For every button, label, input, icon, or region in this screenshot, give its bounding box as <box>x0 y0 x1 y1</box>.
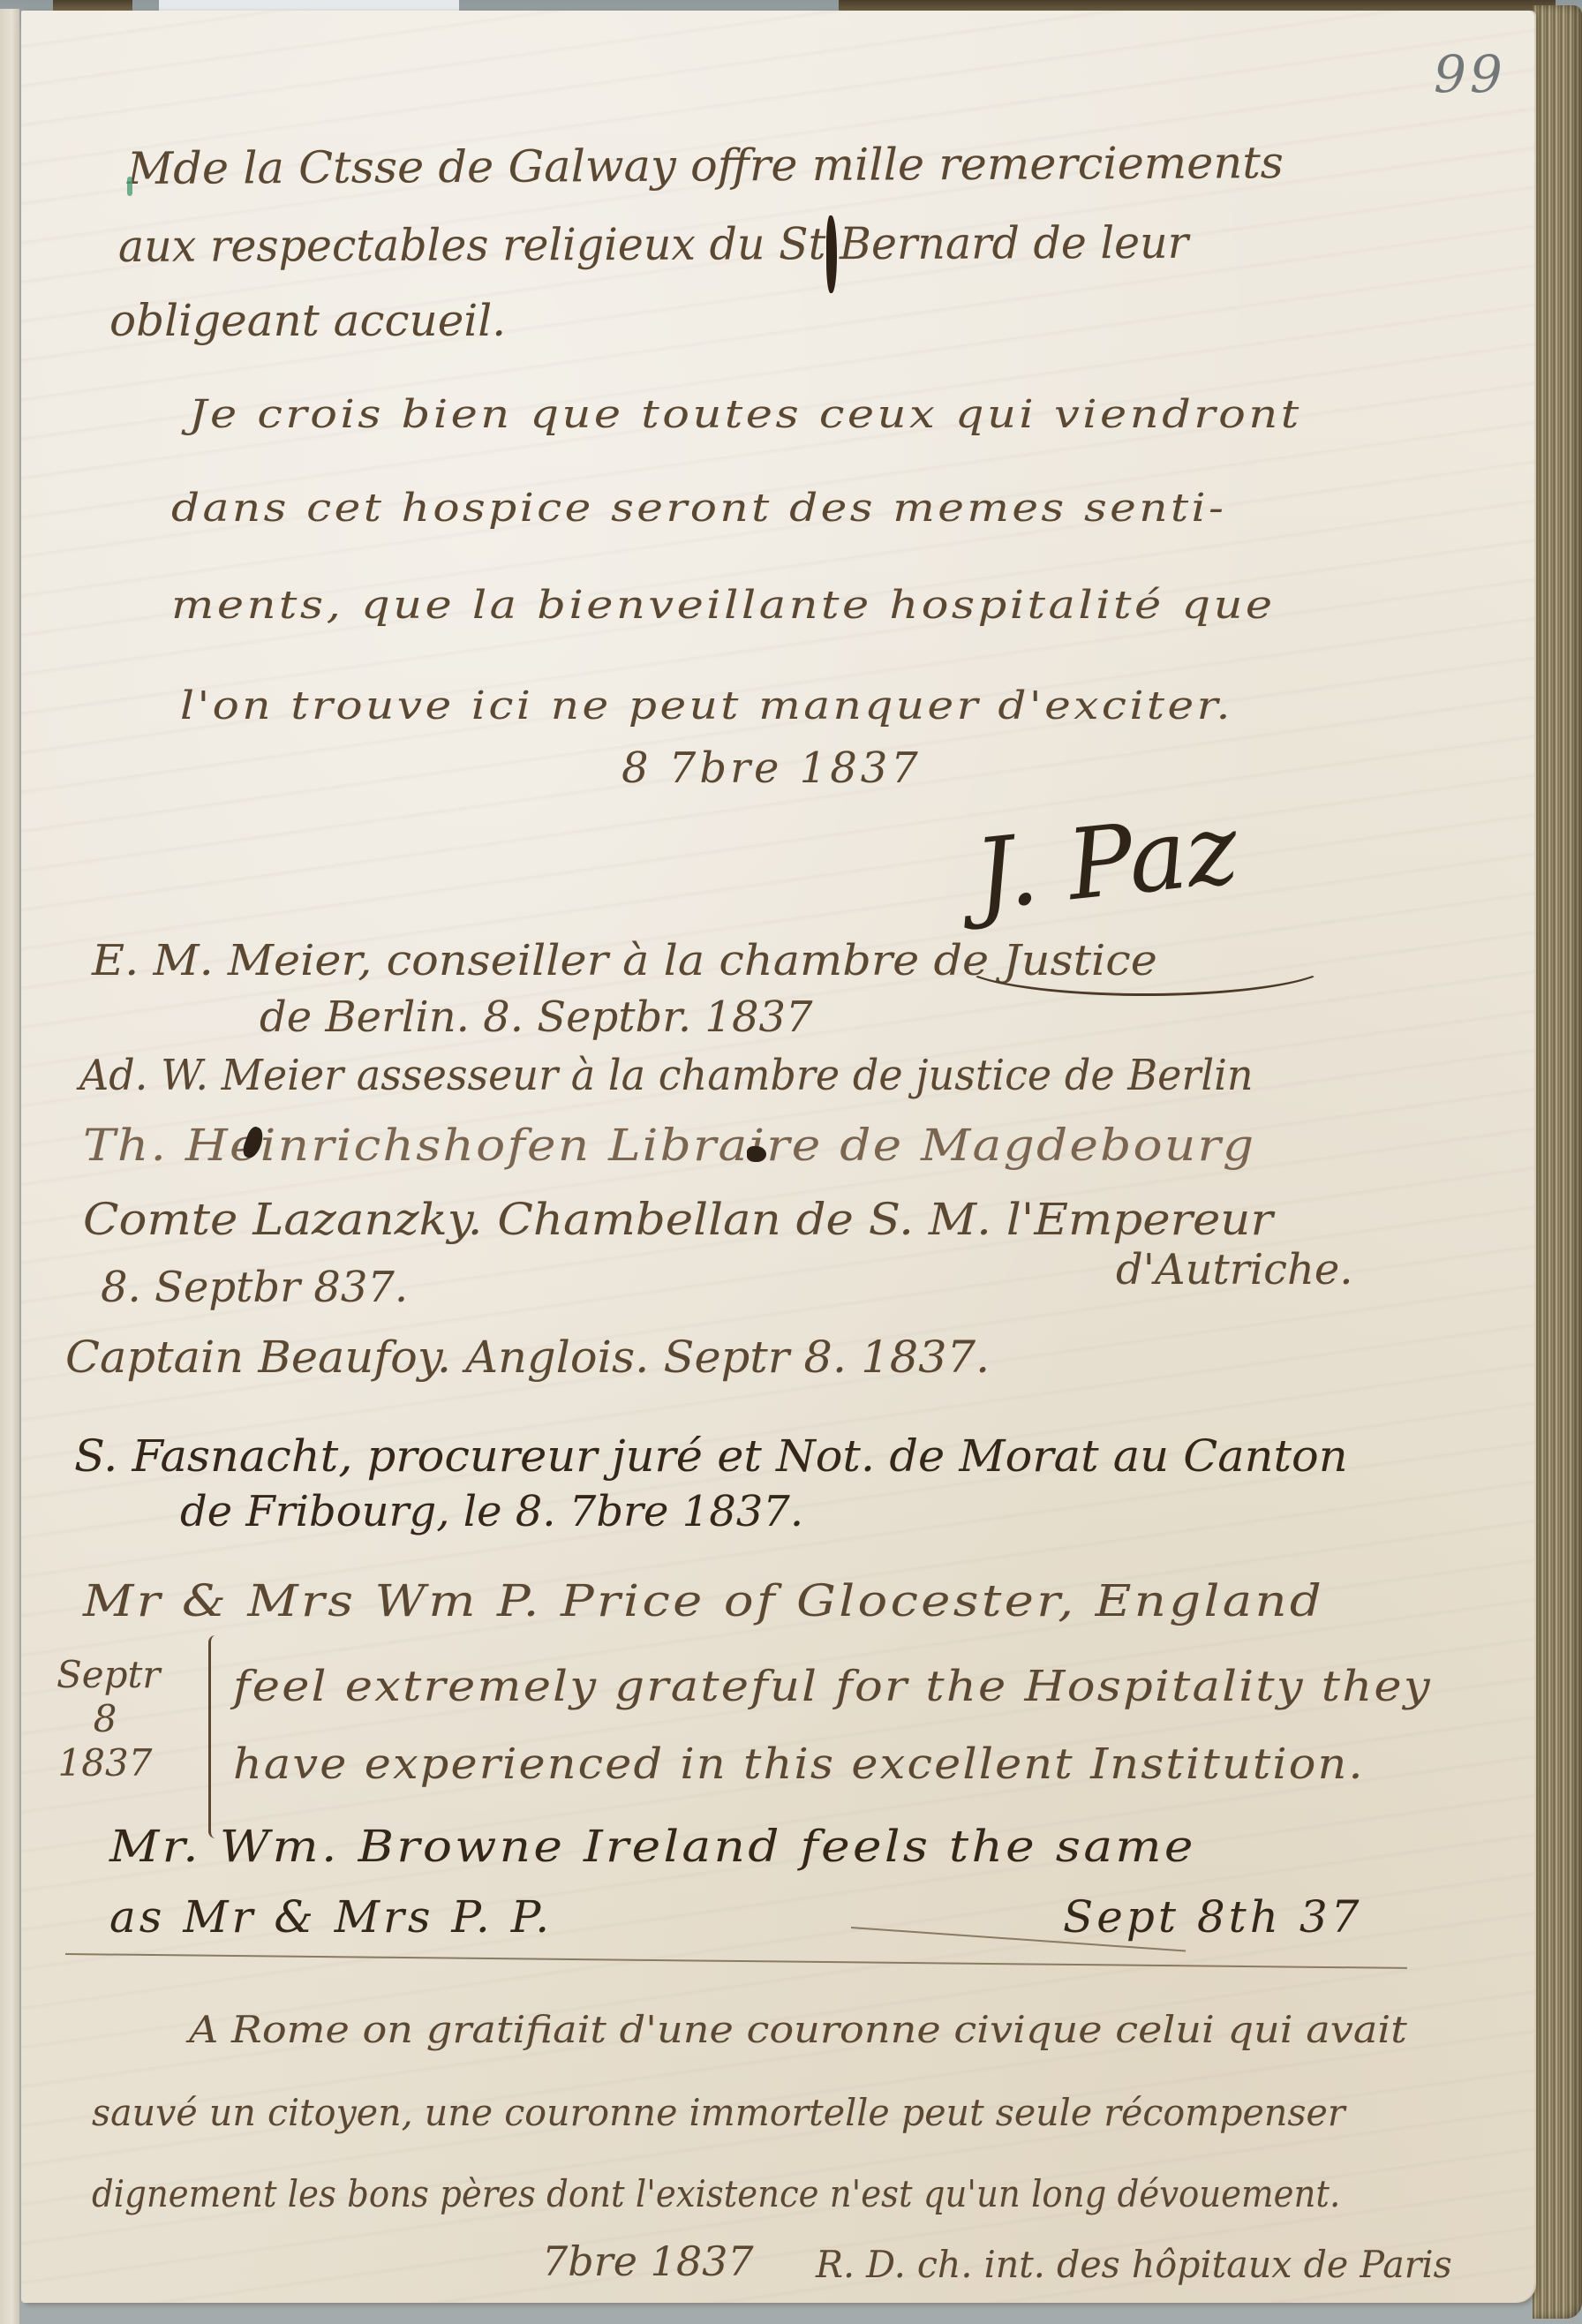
green-mark <box>127 177 132 196</box>
entry-hospice-line-2: dans cet hospice seront des memes senti- <box>171 486 1226 531</box>
entry-w-meier-line-1: Ad. W. Meier assesseur à la chambre de j… <box>79 1051 1254 1100</box>
entry-galway-line-3: obligeant accueil. <box>109 295 506 346</box>
entry-fasnacht-line-1: S. Fasnacht, procureur juré et Not. de M… <box>74 1430 1348 1482</box>
entry-ireland-line-2: as Mr & Mrs P. P. <box>109 1891 553 1943</box>
entry-price-line-1: Mr & Mrs Wm P. Price of Glocester, Engla… <box>83 1575 1324 1626</box>
facing-page-sliver <box>0 9 19 2324</box>
margin-date-day: 8 <box>56 1697 154 1741</box>
entry-price-line-2: feel extremely grateful for the Hospital… <box>233 1662 1432 1711</box>
ink-stroke <box>826 215 837 293</box>
ink-blot <box>747 1146 766 1162</box>
entry-galway-line-1: Mde la Ctsse de Galway offre mille remer… <box>127 137 1284 194</box>
entry-beaufoy-line-1: Captain Beaufoy. Anglois. Septr 8. 1837. <box>65 1332 990 1383</box>
section-divider-rule <box>65 1953 1407 1969</box>
entry-lazansky-line-1: Comte Lazanzky. Chambellan de S. M. l'Em… <box>83 1194 1273 1245</box>
entry-galway-line-2: aux respectables religieux du St Bernard… <box>118 217 1188 272</box>
entry-rome-line-2: sauvé un citoyen, une couronne immortell… <box>92 2091 1345 2134</box>
entry-lazansky-line-3: d'Autriche. <box>1116 1245 1353 1294</box>
entry-lazansky-line-2: 8. Septbr 837. <box>101 1263 408 1312</box>
entry-price-margin-date: Septr 8 1837 <box>56 1653 154 1785</box>
page-stack-edge <box>1533 5 1582 2319</box>
margin-brace <box>208 1635 223 1838</box>
margin-date-year: 1837 <box>56 1741 154 1785</box>
entry-ireland-line-1: Mr. Wm. Browne Ireland feels the same <box>109 1821 1196 1872</box>
entry-rome-line-1: A Rome on gratifiait d'une couronne civi… <box>189 2008 1407 2051</box>
entry-hospice-date: 8 7bre 1837 <box>621 743 922 793</box>
page-number: 99 <box>1434 44 1506 104</box>
entry-rome-signature: R. D. ch. int. des hôpitaux de Paris <box>816 2243 1452 2286</box>
entry-fasnacht-line-2: de Fribourg, le 8. 7bre 1837. <box>180 1487 803 1536</box>
entry-meier-line-2: de Berlin. 8. Septbr. 1837 <box>260 992 813 1042</box>
entry-hospice-line-3: ments, que la bienveillante hospitalité … <box>171 583 1276 628</box>
signature-flourish <box>957 929 1333 996</box>
entry-rome-line-3: dignement les bons pères dont l'existenc… <box>92 2172 1340 2215</box>
entry-ireland-line-3: Sept 8th 37 <box>1063 1891 1362 1943</box>
entry-price-line-3: have experienced in this excellent Insti… <box>233 1739 1365 1789</box>
margin-date-month: Septr <box>56 1653 154 1697</box>
manuscript-page: 99 Mde la Ctsse de Galway offre mille re… <box>21 11 1534 2303</box>
entry-hospice-line-4: l'on trouve ici ne peut manquer d'excite… <box>180 683 1233 728</box>
entry-hospice-signature: J. Paz <box>969 792 1243 932</box>
entry-hospice-line-1: Je crois bien que toutes ceux qui viendr… <box>189 392 1302 437</box>
entry-rome-date: 7bre 1837 <box>542 2237 754 2285</box>
